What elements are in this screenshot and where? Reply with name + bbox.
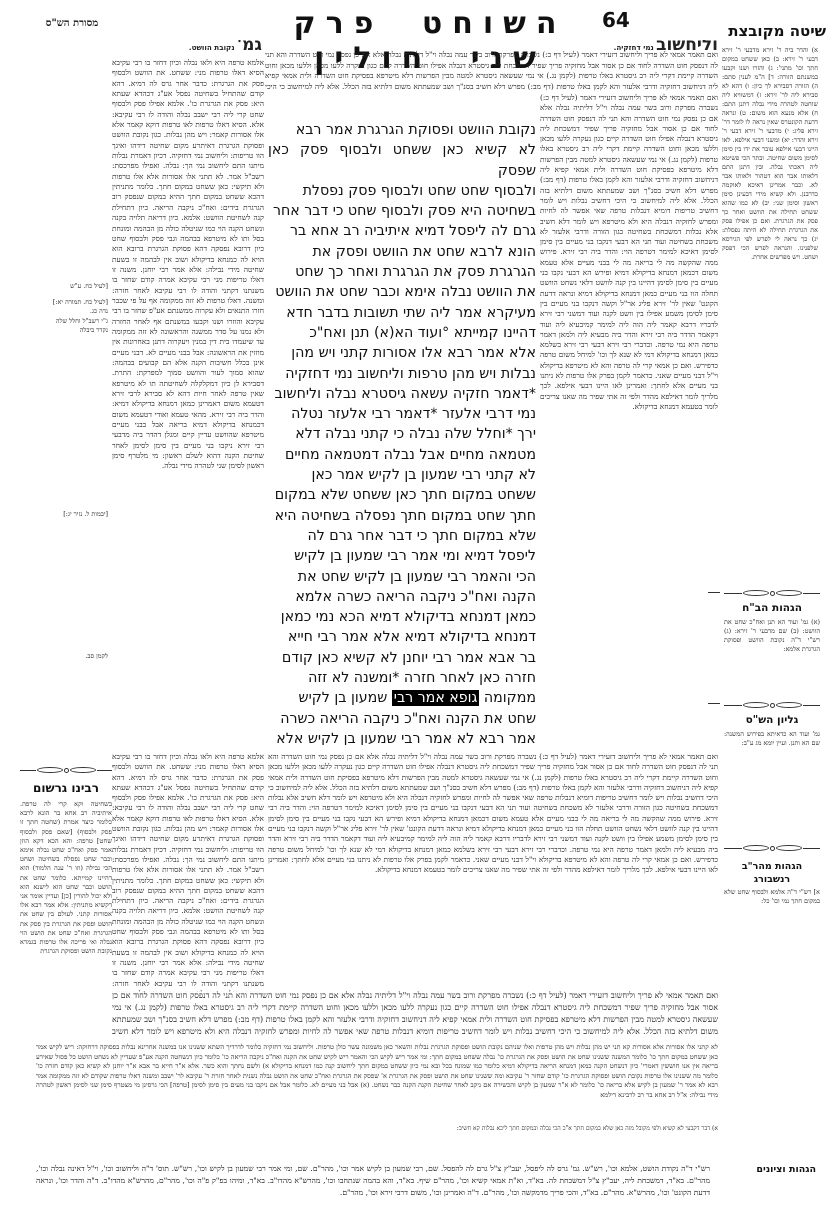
hagahot-vetziyunim-text: רש"י ד"ה נקודת הושט, אלמא וכו', רש"ש. גמ… [36,1163,710,1223]
gemara-line: ששחט במקום חתך כאן ששחט שלא במקום [268,485,536,505]
gemara-line: שחט את הקנה ואח"כ ניקבה הריאה כשרה [268,709,536,729]
commentary-band: ואם תאמר אמאי לא פריך וליחשוב דזעירי דאמ… [112,990,718,1038]
gemara-text: נקובת הוושט ופסוקת הגרגרת אמר רבא לא קשי… [268,120,536,745]
gemara-line: ליפסל דמיא ומי אמר רבי שמעון בן לקיש [268,546,536,566]
gemara-line: לא קשיא כאן ששחט ולבסוף פסק כאן שפסק [268,140,536,181]
hagahot-maharsh-title: הגהות מהר"ב רנשבורג [724,860,820,886]
selected-text-highlight[interactable]: גופא אמר רבי [392,690,480,706]
rashi-column: ואם תאמר אמאי לא פריך וליחשוב דזעירי דאמ… [540,93,718,741]
masoret-ref: [לעיל כח. ע"ש [30,282,108,291]
masoret-hashas-label: מסורת הש"ס [32,18,112,29]
gemara-line: מטמאה מחיים אבל נבלה דמטמאה מחיים [268,445,536,465]
gemara-line: לא קתני רבי שמעון בן לקיש אמר כאן [268,465,536,485]
tosafot-intro: גמ' נקובת הוושט. [112,40,262,58]
gemara-line: דהיינו קמייתא °ועוד הא(א) תנן ואח"כ [268,323,536,343]
page-number: 64 [602,8,672,32]
gemara-line: נמי דרבי אלעזר *דאמר רבי אלעזר נטלה [268,404,536,424]
tosafot-column: אלמא טרפה היא ולאו נבלה וכיון דחזר בו רב… [112,58,264,748]
gemara-line: נקובת הוושט ופסוקת הגרגרת אמר רבא [268,120,536,140]
gemara-line: כמאן דמנחא בדיקולא דמיא הכא נמי כמאן [268,607,536,627]
shita-mekubetzet-text: א) והדר ביה ר' זירא מדבעי ר' זירא דבעי ר… [722,46,818,491]
gemara-line: אלא אמר רבא אלו אסורות קתני ויש מהן [268,343,536,363]
gemara-line: אמר רבא לא אמר רבי שמעון בן לקיש אלא [268,729,536,745]
gemara-line: הגרגרת פסק את הגרגרת ואחר כך שחט [268,262,536,282]
gemara-line: שלא במקום חתך כי דבר אחר גרם לה [268,526,536,546]
gemara-line: הכי והאמר רבי שמעון בן לקיש שחט את [268,567,536,587]
gemara-line: מעיקרא אמר ליה שתי תשובות בדבר חדא [268,303,536,323]
masoret-ref: נדה כג. [30,307,108,316]
gemara-line: דמנחא בדיקולא דמיא אלא אמר רבי חייא [268,627,536,647]
hagahot-vetziyunim-label: הגהות וציונים [720,1164,816,1175]
masoret-ref: לקמן סב. [30,652,108,661]
divider [708,592,720,593]
ornamental-divider [724,700,820,710]
gemara-line: נבלות ויש מהן טרפות וליחשוב נמי דחזקיה [268,364,536,384]
masoret-ref: ג"י רשב"ל וחלל שלה [30,317,108,326]
gemara-line: הונא לרבא שחט את הוושט ופסק את [268,242,536,262]
divider [708,703,720,704]
bottom-footnote: א) דבר דקבעי לא קשיא ולפי מקובל מזה כאן … [100,1124,718,1133]
gemara-line: *דאמר חזקיה עשאה גיסטרא נבלה וליחשוב [268,384,536,404]
gemara-line: בשחיטה היא פסק ולבסוף שחט כי דבר אחר [268,201,536,221]
ornamental-divider [724,843,820,853]
gilyon-hashas-title: גליון הש"ס [724,714,820,726]
gemara-line: הקנה ואח"כ ניקבה הריאה כשרה אלמא [268,587,536,607]
tosafot-heading-bold: נקובת הוושט. [189,43,235,52]
masoret-ref: [לעיל כח. תמורה יא:] [30,298,108,307]
hagahot-bach-title: הגהות הב"ח [724,602,820,614]
hagahot-bach-text: (א) גמ' ועוד הא תנן ואח"כ שחט את הוושט: … [724,618,820,672]
hagahot-maharsh-text: א] רש"י ד"ה אלמא ולבסוף שחט שלא במקום חת… [724,888,820,922]
ornamental-divider [20,765,112,775]
masoret-ref: [יבמות ל. נזיר יג:] [30,510,108,519]
gemara-line: ולבסוף שחט שחט ולבסוף פסק נפסלת [268,181,536,201]
tosafot-column-continued: אלמא טרפה היא ולאו נבלה וכיון דחזר בו רב… [112,752,264,992]
gilyon-hashas-text: גמ' ועוד הא כדאיתא בפירוש המשנה: שם הא ו… [724,730,820,780]
rashi-column-continued: ואם תאמר אמאי לא פריך וליחשוב דזעירי דאמ… [268,752,718,992]
gemara-line: בר אבא אמר רבי יוחנן לא קשיא כאן קודם [268,648,536,668]
tosafot-heading-word: גמ' [237,40,262,55]
gemara-line: את הוושט נבלה אימא וכבר שחט את הוושט [268,282,536,302]
rabbeinu-gershom-title: רבינו גרשום [20,781,112,795]
masoret-ref: נקדר ביבלה [30,326,108,335]
gemara-line: גרם לה ליפסל דמיא איתיביה רב אחא בר [268,221,536,241]
ornamental-divider [724,588,820,598]
shita-mekubetzet-label: שיטה מקובצת [722,22,826,40]
bottom-commentary: לא קתני אלו אסורות אלא אסורות קא תני יש … [36,1043,718,1123]
gemara-line: חזרה כאן לאחר חזרה *ומשנה לא זזה [268,668,536,688]
rashi-top-band: ואם תאמר אמאי לא פריך וליחשוב דזעירי דאמ… [265,50,718,92]
gemara-line: חתך שחט במקום חתך נפסלה בשחיטה היא [268,506,536,526]
gemara-line: ירך *וחלל שלה נבלה כי קתני נבלה דלא [268,424,536,444]
gemara-line-with-selection: ממקומה גופא אמר רבי שמעון בן לקיש [268,688,536,708]
